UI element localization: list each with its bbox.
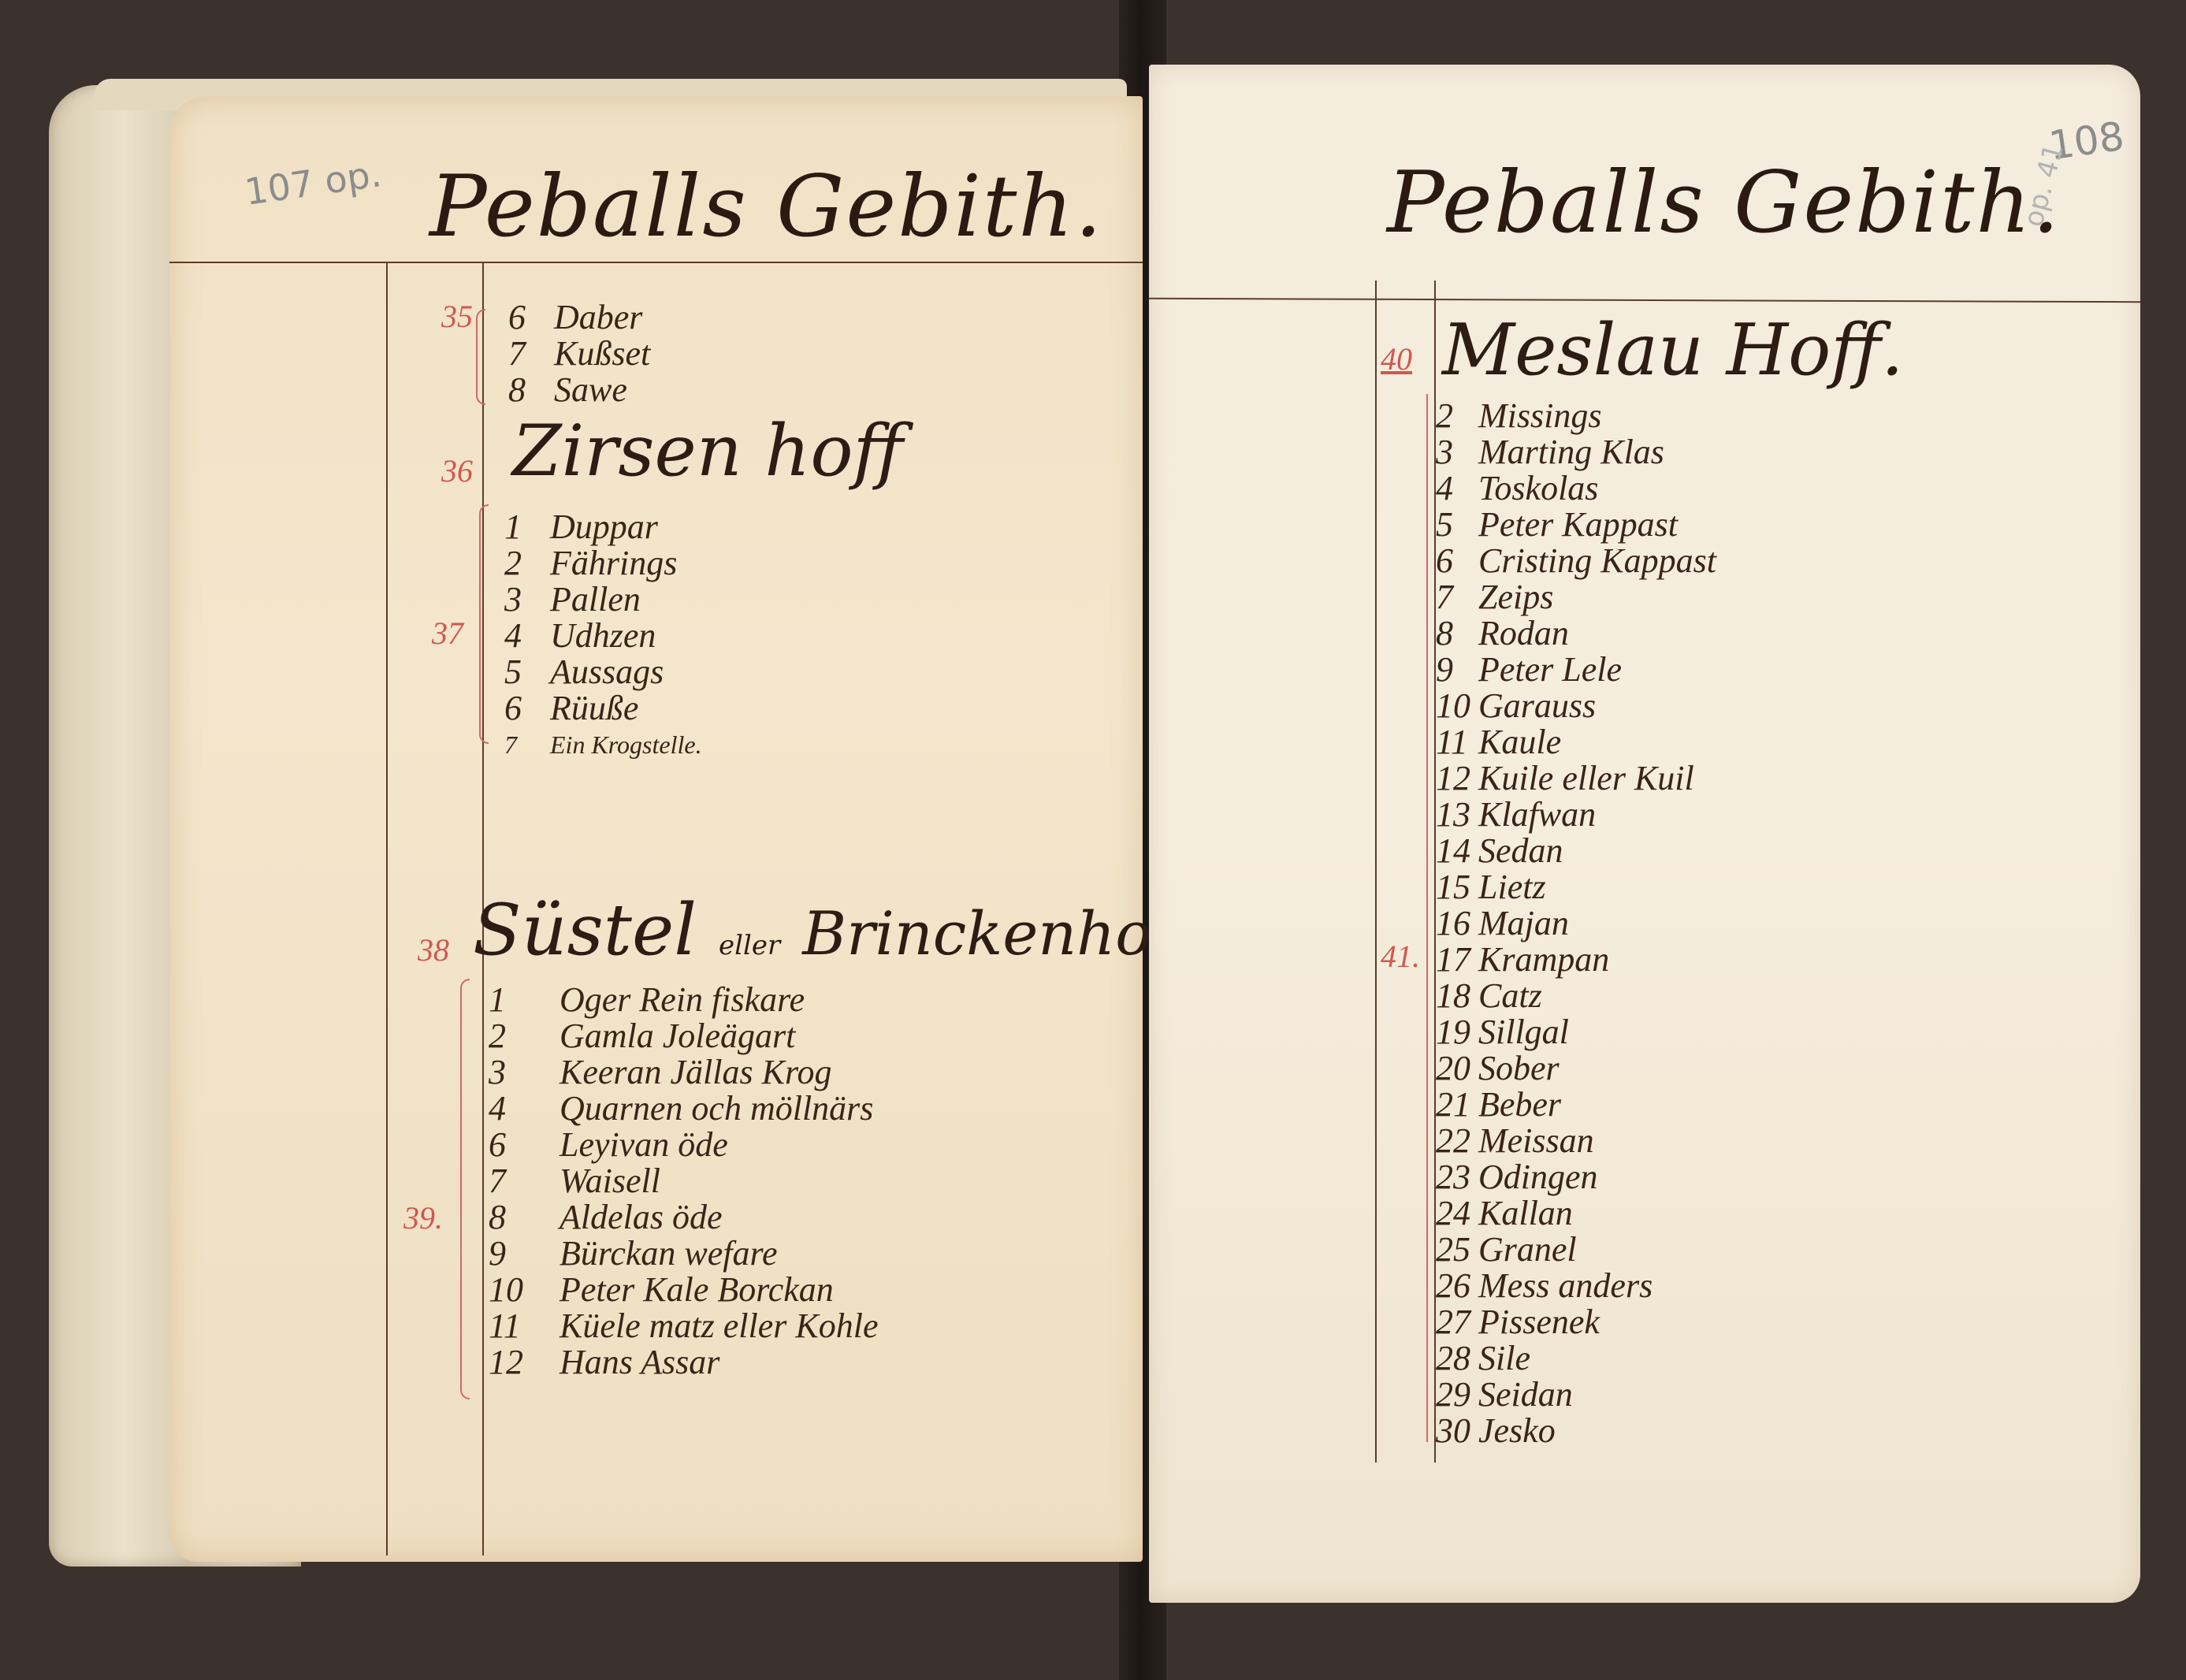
list-item: 8Sawe <box>508 372 650 408</box>
margin-number: 39. <box>403 1199 443 1236</box>
meslau-entry-list: 2Missings 3Marting Klas 4Toskolas 5Peter… <box>1436 398 1716 1449</box>
list-item: 6Daber <box>508 299 650 336</box>
list-item: 17Krampan <box>1436 942 1716 978</box>
list-item: 13Klafwan <box>1436 797 1716 833</box>
margin-number: 38 <box>418 931 449 968</box>
list-item: 18Catz <box>1436 978 1716 1014</box>
list-item: 6Leyivan öde <box>489 1127 879 1163</box>
list-item: 23Odingen <box>1436 1159 1716 1195</box>
heading-alternate: Brinckenhoff <box>802 898 1194 968</box>
list-item: 6Cristing Kappast <box>1436 543 1716 579</box>
list-item: 19Sillgal <box>1436 1014 1716 1050</box>
list-item: 2Missings <box>1436 398 1716 434</box>
list-item: 29Seidan <box>1436 1377 1716 1413</box>
list-item: 6Rüuße <box>504 690 702 727</box>
list-item: 9Peter Lele <box>1436 652 1716 688</box>
right-red-margin-rule <box>1426 394 1428 1442</box>
list-item: 27Pissenek <box>1436 1304 1716 1340</box>
list-item: 12Hans Assar <box>489 1344 879 1381</box>
left-page-title: Peballs Gebith. <box>429 158 1103 256</box>
margin-bracket <box>460 979 470 1399</box>
list-item: 11Küele matz eller Kohle <box>489 1308 879 1344</box>
list-item: 9Bürckan wefare <box>489 1236 879 1272</box>
section-heading: Zirsen hoff <box>512 410 903 492</box>
list-item: 24Kallan <box>1436 1195 1716 1232</box>
section-heading: Meslau Hoff. <box>1442 309 1904 392</box>
heading-conjunction: eller <box>719 930 780 961</box>
list-item: 15Lietz <box>1436 869 1716 905</box>
list-item: 7Zeips <box>1436 579 1716 615</box>
list-item: 10Garauss <box>1436 688 1716 724</box>
list-item: 3Marting Klas <box>1436 434 1716 470</box>
list-item: 10Peter Kale Borckan <box>489 1272 879 1308</box>
list-item: 30Jesko <box>1436 1413 1716 1449</box>
list-item: 1Duppar <box>504 509 702 545</box>
list-item: 25Granel <box>1436 1232 1716 1268</box>
margin-number: 40 <box>1381 340 1412 377</box>
list-item: 2Fährings <box>504 545 702 582</box>
margin-number: 35 <box>441 298 473 335</box>
list-item: 3Keeran Jällas Krog <box>489 1054 879 1091</box>
left-header-rule <box>169 262 1143 263</box>
right-outer-column-rule <box>1375 281 1377 1463</box>
list-item: 16Majan <box>1436 905 1716 942</box>
list-item: 12Kuile eller Kuil <box>1436 760 1716 797</box>
list-item: 14Sedan <box>1436 833 1716 869</box>
margin-number: 37 <box>432 615 463 652</box>
list-item: 7Kußset <box>508 336 650 372</box>
list-item: 4Toskolas <box>1436 470 1716 507</box>
section-heading: SüstelellerBrinckenhoff <box>473 889 1194 972</box>
list-item: 4Udhzen <box>504 618 702 654</box>
zirsen-entry-list: 1Duppar 2Fährings 3Pallen 4Udhzen 5Aussa… <box>504 509 702 763</box>
list-item: 5Aussags <box>504 654 702 690</box>
list-item: 7Waisell <box>489 1163 879 1199</box>
left-outer-column-rule <box>386 263 388 1555</box>
right-page-title: Peballs Gebith. <box>1387 154 2061 252</box>
continuation-list: 6Daber 7Kußset 8Sawe <box>508 299 650 408</box>
list-item: 8Rodan <box>1436 615 1716 652</box>
list-item: 11Kaule <box>1436 724 1716 760</box>
list-item: 1Oger Rein fiskare <box>489 982 879 1018</box>
margin-bracket <box>476 309 485 405</box>
list-item: 7Ein Krogstelle. <box>504 727 702 763</box>
list-item: 28Sile <box>1436 1340 1716 1377</box>
list-item: 3Pallen <box>504 582 702 618</box>
list-item: 22Meissan <box>1436 1123 1716 1159</box>
brinckenhoff-entry-list: 1Oger Rein fiskare 2Gamla Joleägart 3Kee… <box>489 982 879 1381</box>
list-item: 21Beber <box>1436 1087 1716 1123</box>
list-item: 26Mess anders <box>1436 1268 1716 1304</box>
margin-number: 36 <box>441 452 473 489</box>
margin-number: 41. <box>1381 938 1420 975</box>
list-item: 8Aldelas öde <box>489 1199 879 1236</box>
list-item: 4Quarnen och möllnärs <box>489 1091 879 1127</box>
list-item: 2Gamla Joleägart <box>489 1018 879 1054</box>
heading-main: Süstel <box>473 889 697 972</box>
margin-bracket <box>479 504 489 744</box>
list-item: 5Peter Kappast <box>1436 507 1716 543</box>
list-item: 20Sober <box>1436 1050 1716 1087</box>
